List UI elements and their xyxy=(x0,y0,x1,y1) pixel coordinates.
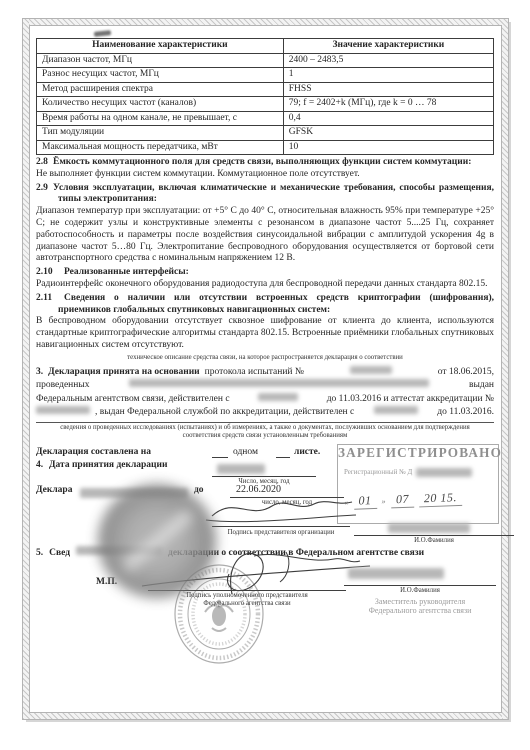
section3-text: протокола испытаний № xyxy=(205,367,304,379)
handwritten-date: « 01 » 07 20 15. xyxy=(344,492,462,510)
registration-number-label: Регистрационный № Д xyxy=(344,467,412,479)
spec-header-name: Наименование характеристики xyxy=(37,39,284,54)
spec-value: 10 xyxy=(283,140,493,155)
spec-name: Метод расширения спектра xyxy=(37,82,284,97)
redaction xyxy=(348,568,444,579)
redaction xyxy=(129,379,429,387)
section-number: 3. xyxy=(36,367,43,379)
signer-position-2: Федерального агентства связи xyxy=(332,606,508,616)
registration-number-row: Регистрационный № Д xyxy=(344,467,498,479)
valid-until-label: Деклара xyxy=(36,485,72,497)
registered-stamp-box: ЗАРЕГИСТРИРОВАНО Регистрационный № Д « 0… xyxy=(337,444,499,524)
spec-header-row: Наименование характеристики Значение хар… xyxy=(37,39,494,54)
stamp-slash xyxy=(122,509,195,573)
section-heading: 2.9Условия эксплуатации, включая климати… xyxy=(36,183,494,207)
spec-value: GFSK xyxy=(283,126,493,141)
spec-value: 79; f = 2402+k (МГц), где k = 0 … 78 xyxy=(283,97,493,112)
table-row: Разнос несущих частот, МГц1 xyxy=(37,68,494,83)
sheet-count-value: одном xyxy=(233,447,258,459)
section3-lead: Декларация принята на основании xyxy=(48,367,200,379)
evidence-caption-line2: соответствия средств связи установленным… xyxy=(36,432,494,440)
signature-line xyxy=(212,526,350,527)
section-3: 3. Декларация принята на основании прото… xyxy=(36,366,494,419)
table-row: Время работы на одном канале, не превыша… xyxy=(37,111,494,126)
redaction xyxy=(350,366,392,374)
document-content: Наименование характеристики Значение хар… xyxy=(36,30,494,694)
section-title: Сведения о наличии или отсутствии встрое… xyxy=(58,293,494,315)
section3-text: до 11.03.2016 и аттестат аккредитации № xyxy=(327,394,494,406)
redaction xyxy=(258,393,298,401)
section-body: Радиоинтерфейс оконечного оборудования р… xyxy=(36,279,494,291)
valid-until-label-end: до xyxy=(194,485,204,497)
blank-segment xyxy=(212,457,228,458)
section-title: Реализованные интерфейсы: xyxy=(64,267,189,277)
spec-name: Время работы на одном канале, не превыша… xyxy=(37,111,284,126)
evidence-caption-line1: сведения о проведенных исследованиях (ис… xyxy=(36,424,494,432)
spec-value: FHSS xyxy=(283,82,493,97)
redaction xyxy=(217,464,265,474)
section3-text: проведенных xyxy=(36,380,89,392)
section-body: Диапазон температур при эксплуатации: от… xyxy=(36,206,494,265)
section-body: Не выполняет функции систем коммутации. … xyxy=(36,169,494,181)
section-number: 4. xyxy=(36,460,43,472)
section3-text: Федеральным агентством связи, действител… xyxy=(36,394,230,406)
spec-name: Тип модуляции xyxy=(37,126,284,141)
section-2-8: 2.8Ёмкость коммутационного поля для сред… xyxy=(36,157,494,181)
tech-description-caption: техническое описание средства связи, на … xyxy=(36,354,494,362)
border-pattern-bottom xyxy=(23,713,508,719)
name-line xyxy=(344,585,496,586)
spec-name: Максимальная мощность передатчика, мВт xyxy=(37,140,284,155)
section-number: 5. xyxy=(36,548,43,560)
blurred-round-stamp xyxy=(98,484,216,598)
section-number: 2.8 xyxy=(36,157,53,169)
section5-lead: Свед xyxy=(49,548,70,560)
handwritten-year: 20 15. xyxy=(419,492,462,507)
redaction xyxy=(36,406,90,414)
section-number: 2.10 xyxy=(36,267,64,279)
spec-name: Количество несущих частот (каналов) xyxy=(37,97,284,112)
section3-line2: проведенных выдан xyxy=(36,379,494,392)
composed-label-end: листе. xyxy=(294,447,320,459)
section-heading: 2.10Реализованные интерфейсы: xyxy=(36,267,494,279)
section-2-9: 2.9Условия эксплуатации, включая климати… xyxy=(36,183,494,266)
section3-text: от 18.06.2015, xyxy=(438,367,494,379)
section4-title: Дата принятия декларации xyxy=(49,460,167,472)
table-row: Метод расширения спектраFHSS xyxy=(37,82,494,97)
section3-text: , выдан Федеральной службой по аккредита… xyxy=(95,407,354,419)
spec-name: Диапазон частот, МГц xyxy=(37,53,284,68)
redaction xyxy=(388,523,470,533)
scanned-declaration-document: { "colors": {"ink":"#262626","stamp_gray… xyxy=(0,0,530,750)
form-area: Декларация составлена на одном листе. ЗА… xyxy=(36,442,494,694)
section-number: 2.11 xyxy=(36,293,64,305)
section-title: Условия эксплуатации, включая климатичес… xyxy=(53,183,494,205)
spec-value: 0,4 xyxy=(283,111,493,126)
divider-line xyxy=(36,422,494,423)
organization-signature xyxy=(204,490,360,526)
section3-text: выдан xyxy=(469,380,494,392)
section-title: Ёмкость коммутационного поля для средств… xyxy=(53,157,471,167)
name-caption: И.О.Фамилия xyxy=(354,537,514,545)
section3-text: до 11.03.2016. xyxy=(437,407,494,419)
section3-line4: , выдан Федеральной службой по аккредита… xyxy=(36,406,494,419)
section-body: В беспроводном оборудовании отсутствует … xyxy=(36,316,494,351)
agency-sig-caption-2: Федерального агентства связи xyxy=(128,600,366,608)
section-2-11: 2.11Сведения о наличии или отсутствии вс… xyxy=(36,293,494,352)
name-caption: И.О.Фамилия xyxy=(344,587,496,595)
date-line xyxy=(212,476,316,477)
handwritten-month: 07 xyxy=(391,494,414,509)
spec-table: Наименование характеристики Значение хар… xyxy=(36,38,494,155)
spec-value: 1 xyxy=(283,68,493,83)
quote-mark: » xyxy=(381,496,386,508)
composed-label: Декларация составлена на xyxy=(36,447,151,459)
evidence-caption: сведения о проведенных исследованиях (ис… xyxy=(36,424,494,440)
spec-name: Разнос несущих частот, МГц xyxy=(37,68,284,83)
redaction xyxy=(374,406,418,414)
section-heading: 2.11Сведения о наличии или отсутствии вс… xyxy=(36,293,494,317)
section-2-10: 2.10Реализованные интерфейсы: Радиоинтер… xyxy=(36,267,494,291)
table-row: Диапазон частот, МГц2400 – 2483,5 xyxy=(37,53,494,68)
table-row: Максимальная мощность передатчика, мВт10 xyxy=(37,140,494,155)
spec-value: 2400 – 2483,5 xyxy=(283,53,493,68)
registered-stamp-title: ЗАРЕГИСТРИРОВАНО xyxy=(338,447,498,460)
spec-header-value: Значение характеристики xyxy=(283,39,493,54)
section-heading: 2.8Ёмкость коммутационного поля для сред… xyxy=(36,157,494,169)
redaction xyxy=(416,468,472,477)
name-line xyxy=(354,535,514,536)
section-number: 2.9 xyxy=(36,183,53,195)
section3-line1: 3. Декларация принята на основании прото… xyxy=(36,366,494,379)
section3-line3: Федеральным агентством связи, действител… xyxy=(36,393,494,406)
blank-segment xyxy=(276,457,290,458)
table-row: Количество несущих частот (каналов)79; f… xyxy=(37,97,494,112)
table-row: Тип модуляцииGFSK xyxy=(37,126,494,141)
